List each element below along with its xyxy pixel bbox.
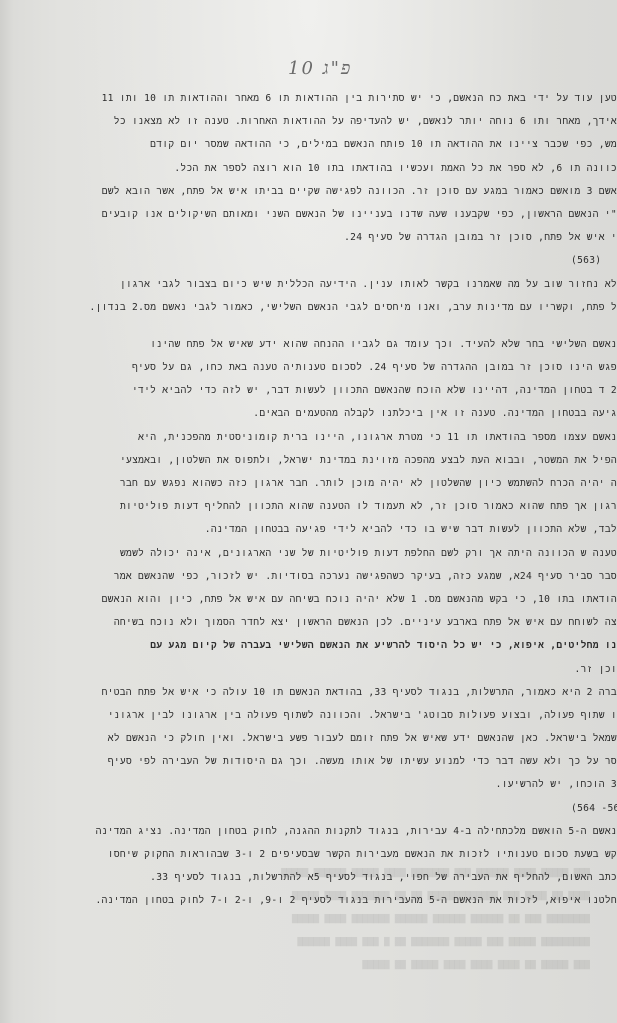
text-line: מסר על כך ולא עשה דבר כדי למנוע עשיתו של… [91, 750, 617, 773]
text-line: השמאל בישראל. כאן שהנאשם ידע שאיש אל פתח… [91, 727, 617, 750]
text-line: ולא נחזור שוב על מה שאמרנו בקשר לאותו ענ… [91, 273, 617, 296]
document-body: נטען עוד על ידי באת כח הנאשם, כי יש סתיר… [91, 87, 617, 913]
text-line: נטען עוד על ידי באת כח הנאשם, כי יש סתיר… [91, 87, 617, 110]
text-line: כי איש אל פתח, סוכן זר במובן הגדרה של סע… [91, 226, 617, 249]
paragraph: נטען עוד על ידי באת כח הנאשם, כי יש סתיר… [91, 87, 617, 249]
text-line: נאשם 3 מואשם כאמור במגע עם סוכן זר. הכוו… [91, 180, 617, 203]
text-line: להפיל את המשטר, ובבוא העת לבצע מהפכה מזו… [91, 449, 617, 472]
text-line: רצה לשוחח עם איש אל פתח בארבע עיניים. לכ… [91, 611, 617, 634]
text-line: 24 ד בטחון המדינה, דהיינו שלא הוכח שהנאש… [91, 379, 617, 402]
text-line: אל פתח, וקשריו עם מדינות ערב, ואנו מיחסי… [91, 296, 617, 319]
paragraph: עברה 2 היא כאמור, התרשלות, בנגוד לסעיף 3… [91, 681, 617, 797]
paragraph: ולא נחזור שוב על מה שאמרנו בקשר לאותו ענ… [91, 273, 617, 319]
text-line: הנאשם ה-5 הואשם מלכתחילה ב-4 עבירות, בנג… [91, 820, 617, 843]
text-line: עברה 2 היא כאמור, התרשלות, בנגוד לסעיף 3… [91, 681, 617, 704]
handwritten-page-marker: פ"ג 10 [288, 58, 352, 79]
text-line: נפגש הינו סוכן זר במובן ההגדרה של סעיף 2… [91, 356, 617, 379]
text-line: הכוונה תו 6, לא ספר את כל האמת ועכשיו בה… [91, 157, 617, 180]
text-line: זה יהיה הכרח להשתמש כיון שהשלטון לא יהיה… [91, 472, 617, 495]
text-line: סוכן זר. [91, 658, 617, 681]
text-line: לו שתוף פעולה, ובצוע פעולות סבוטג' בישרא… [91, 704, 617, 727]
text-line: בלבד, שלא התכוון לעשות דבר שיש בו כדי לה… [91, 518, 617, 541]
text-line: ע"י הנאשם הראשון, כפי שקבענו שעה שדנו בע… [91, 203, 617, 226]
page-reference: (564 -565) [91, 797, 617, 820]
reverse-side-bleed-through: ▇▇▇ ▇▇▇▇▇ ▇▇▇▇ ▇▇▇▇▇▇ ▇▇▇ ▇▇▇▇▇▇▇ ▇▇▇▇ ▇… [70, 862, 590, 977]
text-line: ארגון אך פתח שהוא כאמור סוכן זר, לא תעמו… [91, 495, 617, 518]
text-line: בהודאתו בתו 10, כי בקש מהנאשם מס. 1 שלא … [91, 588, 617, 611]
paragraph: הנאשם השלישי בחר שלא להעיד. וכך עומד גם … [91, 333, 617, 681]
text-line: מאידך, מאחר ותו 6 נוחה יותר לנאשם, יש לה… [91, 110, 617, 133]
text-line: הטענה ש הכוונה היתה אך ורק לשם החלפת דעו… [91, 542, 617, 565]
text-line: הנאשם השלישי בחר שלא להעיד. וכך עומד גם … [91, 333, 617, 356]
text-line: אנו מחליטים, איפוא, כי יש כל היסוד להרשי… [91, 634, 617, 657]
text-line: 33 הוכחו, יש להרשיעו. [91, 773, 617, 796]
text-line: הנאשם עצמו מספר בהודאתו תו 11 כי מטרת אר… [91, 426, 617, 449]
text-line: פגיעה בבטחון המדינה. טענה זו אין ביכלתנו… [91, 402, 617, 425]
page-reference: (563) [91, 249, 617, 272]
scanned-document-page: פ"ג 10 נטען עוד על ידי באת כח הנאשם, כי … [0, 0, 617, 1023]
text-line: הסבר סביר סעיף 24א, שמגע כזה, בעיקר כשהפ… [91, 565, 617, 588]
text-line: ממש, כפי שכבר ציינו את ההודאה תו 10 פותח… [91, 133, 617, 156]
